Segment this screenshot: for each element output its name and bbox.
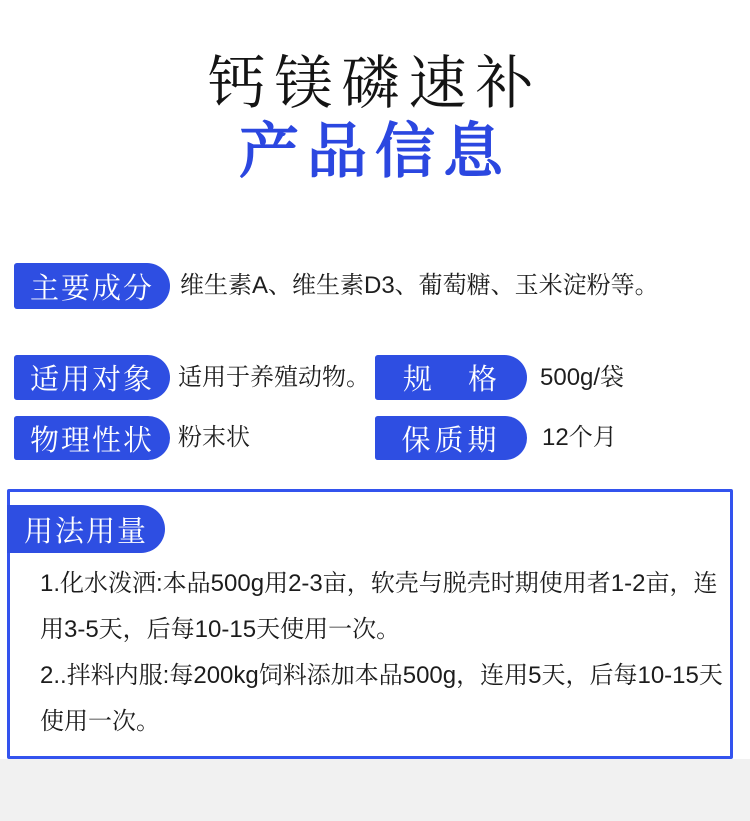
specification-label-left: 规	[403, 357, 434, 398]
applicable-target-value: 适用于养殖动物。	[178, 355, 370, 400]
usage-line-3: 2..拌料内服:每200kg饲料添加本品500g，连用5天，后每10-15天	[40, 653, 720, 699]
main-ingredients-value: 维生素A、维生素D3、葡萄糖、玉米淀粉等。	[180, 263, 659, 309]
specification-label-right: 格	[468, 357, 499, 398]
specification-value: 500g/袋	[540, 355, 624, 400]
footer-strip	[0, 759, 750, 821]
physical-state-value: 粉末状	[178, 416, 250, 460]
usage-text: 1.化水泼洒:本品500g用2-3亩，软壳与脱壳时期使用者1-2亩，连 用3-5…	[40, 561, 720, 745]
physical-state-badge: 物理性状	[14, 416, 170, 460]
usage-line-2: 用3-5天，后每10-15天使用一次。	[40, 607, 720, 653]
shelf-life-value: 12个月	[542, 416, 617, 460]
specification-badge: 规 格	[375, 355, 527, 400]
usage-badge: 用法用量	[7, 505, 165, 553]
usage-line-4: 使用一次。	[40, 699, 720, 745]
product-info-page: 钙镁磷速补 产品信息 主要成分 维生素A、维生素D3、葡萄糖、玉米淀粉等。 适用…	[0, 0, 750, 821]
shelf-life-badge: 保质期	[375, 416, 527, 460]
page-subtitle: 产品信息	[0, 104, 750, 190]
applicable-target-badge: 适用对象	[14, 355, 170, 400]
main-ingredients-badge: 主要成分	[14, 263, 170, 309]
usage-line-1: 1.化水泼洒:本品500g用2-3亩，软壳与脱壳时期使用者1-2亩，连	[40, 561, 720, 607]
